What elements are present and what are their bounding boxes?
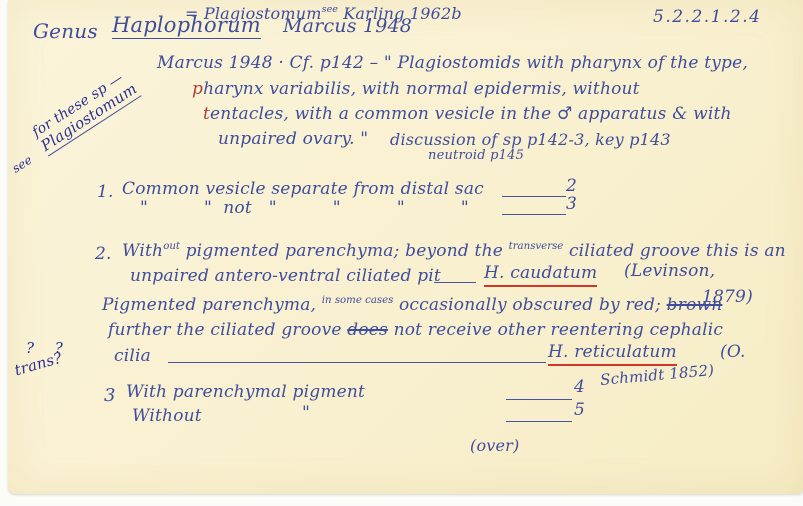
key-2-line-3-mid: occasionally obscured by red; [393,295,666,315]
key-3-ditto-mark: " [302,404,310,423]
key-1-line-1: Common vesicle separate from distal sac [122,180,484,199]
species-author-reticulatum: (O. [720,343,746,362]
leader-line [434,282,476,283]
key-2-number: 2. [95,245,112,264]
key-2-line-2: unpaired antero-ventral ciliated pit [130,267,441,286]
key-2-line-4-start: further the ciliated groove [108,320,347,340]
margin-note-see: see [10,153,35,175]
key-3-number: 3 [104,386,116,406]
species-name-reticulatum: H. reticulatum [548,343,677,366]
key-2-insert-transverse: transverse [509,241,564,252]
genus-name: Haplophorum [112,14,261,39]
quote-line-1: Marcus 1948 · Cf. p142 – " Plagiostomids… [157,54,748,73]
over-note: (over) [470,437,519,455]
key-2-line-4: further the ciliated groove does not rec… [108,321,723,340]
margin-question-trans: trans? [13,350,64,379]
synonym-insert-above: see [322,4,338,15]
crossed-out-word: does [347,320,388,340]
species-year-caudatum: 1879) [702,288,753,307]
key-3-target-2: 5 [574,401,585,420]
leader-line [502,196,566,197]
index-card: = Plagiostomumsee Karling 1962b 5.2.2.1.… [8,0,803,494]
key-1-number: 1. [97,183,114,202]
key-2-line-3: Pigmented parenchyma, in some cases occa… [102,296,722,315]
genus-authority: Marcus 1948 [283,16,412,37]
species-author-caudatum: (Levinson, [624,262,715,281]
key-2-line-1-mid: pigmented parenchyma; beyond the [180,241,509,261]
key-2-line-5: cilia [114,347,151,366]
key-1-line-2: " " not " " " " [140,199,469,218]
key-3-line-1: With parenchymal pigment [126,383,365,402]
key-2-insert-in-some-cases: in some cases [322,295,394,306]
margin-note: for these sp — Plagiostomum [30,63,149,157]
leader-line [506,399,572,400]
key-2-line-1: Without pigmented parenchyma; beyond the… [122,242,786,261]
key-1-target-1: 2 [566,177,577,196]
key-2-line-3-start: Pigmented parenchyma, [102,295,322,315]
key-1-target-2: 3 [566,195,577,214]
key-2-with: With [122,241,163,261]
leader-line [168,362,546,363]
key-3-target-1: 4 [574,378,585,397]
quote-page-note: neutroid p145 [428,149,524,163]
quote-line-4: unpaired ovary. " [218,130,368,149]
quote-discussion-note: discussion of sp p142-3, key p143 [390,131,671,149]
key-2-insert-out: out [163,241,180,252]
leader-line [502,214,566,215]
key-2-line-1-end: ciliated groove this is an [563,241,786,261]
species-name-caudatum: H. caudatum [484,264,597,287]
genus-label: Genus [33,20,98,42]
key-3-line-2: Without [132,407,202,426]
species-author-reticulatum-2: Schmidt 1852) [599,362,714,388]
index-number: 5.2.2.1.2.4 [653,8,761,27]
quote-line-3: tentacles, with a common vesicle in the … [203,105,732,124]
leader-line [506,421,572,422]
quote-line-2: pharynx variabilis, with normal epidermi… [192,80,640,99]
key-2-line-4-end: not receive other reentering cephalic [388,320,723,340]
